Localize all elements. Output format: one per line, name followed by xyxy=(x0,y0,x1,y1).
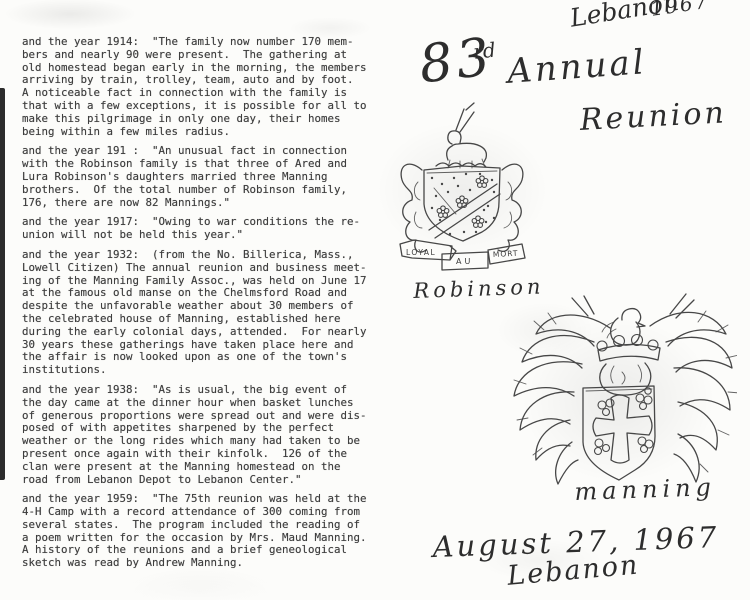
scan-edge-artifact xyxy=(0,88,5,480)
typed-paragraph-1914: and the year 1914: "The family now numbe… xyxy=(22,36,384,138)
typed-paragraph-1932: and the year 1932: (from the No. Billeri… xyxy=(22,249,384,377)
typed-text-column: and the year 1914: "The family now numbe… xyxy=(22,36,384,577)
handwritten-title-reunion: Reunion xyxy=(579,95,728,138)
motto-text-right: MORT xyxy=(493,249,519,259)
typed-paragraph-1917: and the year 1917: "Owing to war conditi… xyxy=(22,216,384,242)
typed-paragraph-1938: and the year 1938: "As is usual, the big… xyxy=(22,384,384,486)
scanned-reunion-document: and the year 1914: "The family now numbe… xyxy=(0,0,750,600)
handwritten-title-ordinal: rd xyxy=(472,38,497,64)
feather-mantling-left-icon xyxy=(514,296,610,484)
manning-crest-label: manning xyxy=(574,473,716,506)
typed-paragraph-191x: and the year 191 : "An unusual fact in c… xyxy=(22,145,384,209)
robinson-crest-drawing: LOYAL AU MORT xyxy=(396,94,528,286)
mantling-right-icon xyxy=(498,164,523,251)
feather-mantling-right-icon xyxy=(650,294,737,482)
typed-paragraph-1959: and the year 1959: "The 75th reunion was… xyxy=(22,493,384,570)
handwritten-year-top: 1967 xyxy=(649,0,711,21)
coronet-icon xyxy=(597,335,660,362)
motto-ribbon-icon: LOYAL AU MORT xyxy=(400,240,525,270)
motto-text-center: AU xyxy=(456,257,473,266)
stag-crest-icon xyxy=(436,103,486,168)
handwritten-title-annual: Annual xyxy=(506,42,648,92)
trefoil-flowers-icon xyxy=(595,388,654,455)
motto-text-left: LOYAL xyxy=(406,248,436,257)
mantling-left-icon xyxy=(401,164,426,252)
